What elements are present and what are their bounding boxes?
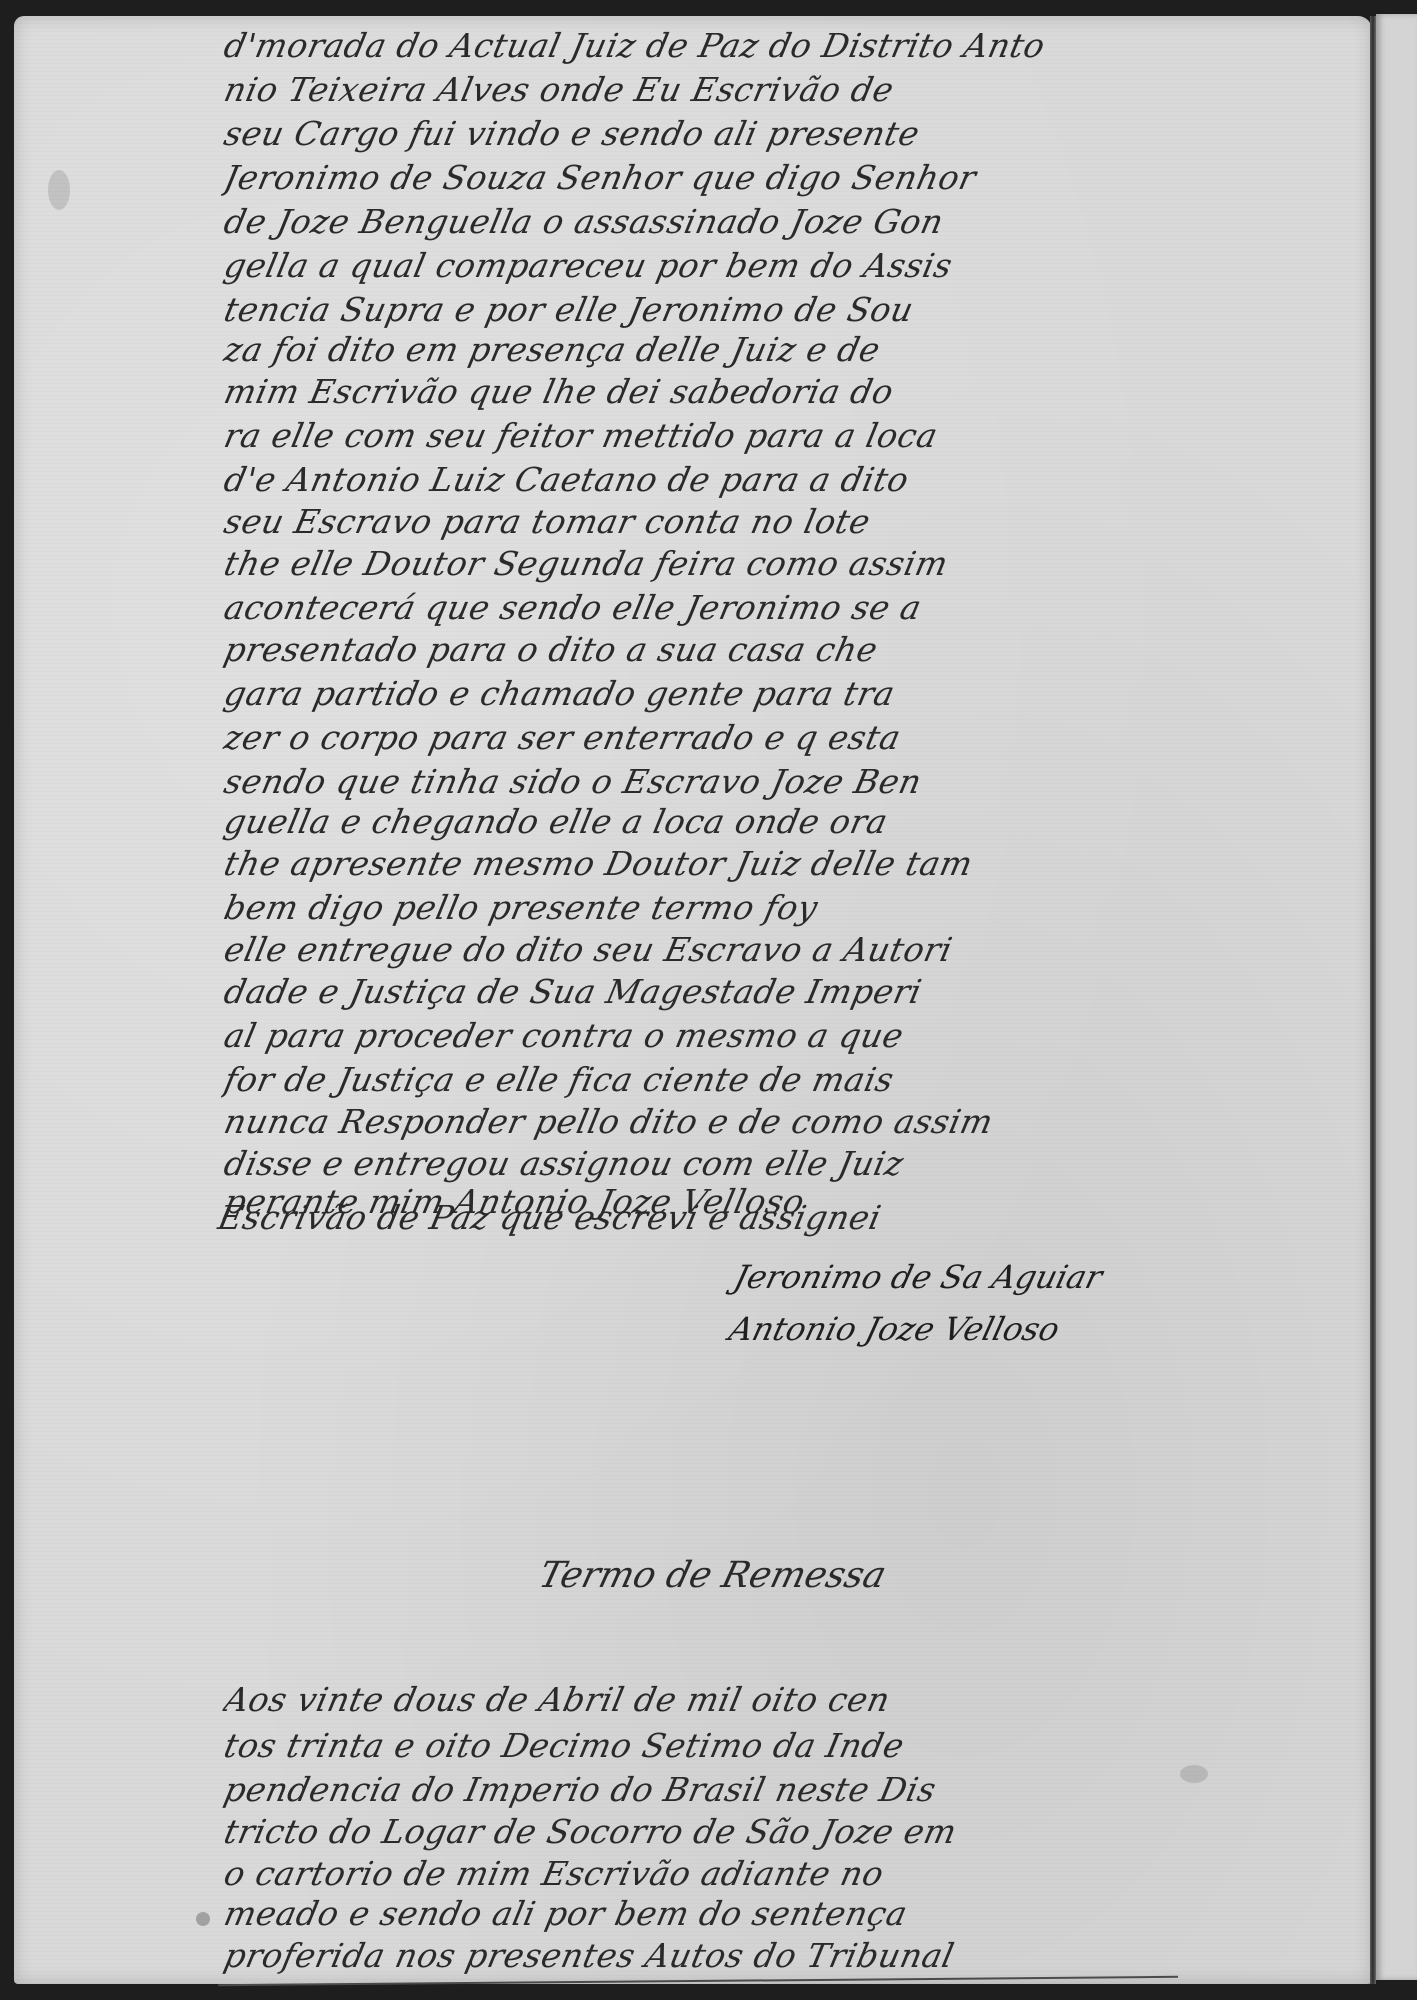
body-line: seu Escravo para tomar conta no lote <box>220 500 1169 544</box>
next-page-edge <box>1376 14 1417 1980</box>
body-line: pendencia do Imperio do Brasil neste Dis <box>220 1768 1169 1812</box>
body-line: meado e sendo ali por bem do sentença <box>220 1892 1169 1936</box>
section-heading: Termo de Remessa <box>535 1555 890 1596</box>
body-line: d'morada do Actual Juiz de Paz do Distri… <box>220 24 1169 68</box>
body-line: gara partido e chamado gente para tra <box>220 672 1169 716</box>
body-line: acontecerá que sendo elle Jeronimo se a <box>220 586 1169 630</box>
body-line: tricto do Logar de Socorro de São Joze e… <box>220 1810 1169 1854</box>
body-line: o cartorio de mim Escrivão adiante no <box>220 1852 1169 1896</box>
body-line: nio Teixeira Alves onde Eu Escrivão de <box>220 68 1169 112</box>
body-line: the apresente mesmo Doutor Juiz delle ta… <box>220 842 1169 886</box>
body-line: guella e chegando elle a loca onde ora <box>220 800 1169 844</box>
body-line: zer o corpo para ser enterrado e q esta <box>220 716 1169 760</box>
body-line: seu Cargo fui vindo e sendo ali presente <box>220 112 1169 156</box>
body-line: proferida nos presentes Autos do Tribuna… <box>220 1934 1169 1978</box>
signature-jeronimo: Jeronimo de Sa Aguiar <box>730 1258 1106 1296</box>
body-line: sendo que tinha sido o Escravo Joze Ben <box>220 760 1169 804</box>
body-line: the elle Doutor Segunda feira como assim <box>220 542 1169 586</box>
paper-stain <box>196 1912 210 1926</box>
body-line: for de Justiça e elle fica ciente de mai… <box>220 1058 1169 1102</box>
body-line: tos trinta e oito Decimo Setimo da Inde <box>220 1724 1169 1768</box>
body-line: tencia Supra e por elle Jeronimo de Sou <box>220 288 1169 332</box>
body-line: gella a qual compareceu por bem do Assis <box>220 244 1169 288</box>
body-line: Aos vinte dous de Abril de mil oito cen <box>220 1678 1169 1722</box>
body-line: ra elle com seu feitor mettido para a lo… <box>220 414 1169 458</box>
body-line: de Joze Benguella o assassinado Joze Gon <box>220 200 1169 244</box>
body-line: nunca Responder pello dito e de como ass… <box>220 1100 1169 1144</box>
body-line: bem digo pello presente termo foy <box>220 886 1169 930</box>
body-line: al para proceder contra o mesmo a que <box>220 1014 1169 1058</box>
body-line: Jeronimo de Souza Senhor que digo Senhor <box>220 156 1169 200</box>
body-line: mim Escrivão que lhe dei sabedoria do <box>220 370 1169 414</box>
body-line: presentado para o dito a sua casa che <box>220 628 1169 672</box>
paper-stain <box>48 170 70 210</box>
body-line: dade e Justiça de Sua Magestade Imperi <box>220 970 1169 1014</box>
body-line: elle entregue do dito seu Escravo a Auto… <box>220 928 1169 972</box>
paper-stain <box>1180 1765 1208 1783</box>
signature-antonio: Antonio Joze Velloso <box>725 1310 1063 1348</box>
body-line: Escrivão de Paz que escrevi e assignei <box>214 1196 1163 1240</box>
body-line: za foi dito em presença delle Juiz e de <box>220 328 1169 372</box>
body-line: d'e Antonio Luiz Caetano de para a dito <box>220 458 1169 502</box>
